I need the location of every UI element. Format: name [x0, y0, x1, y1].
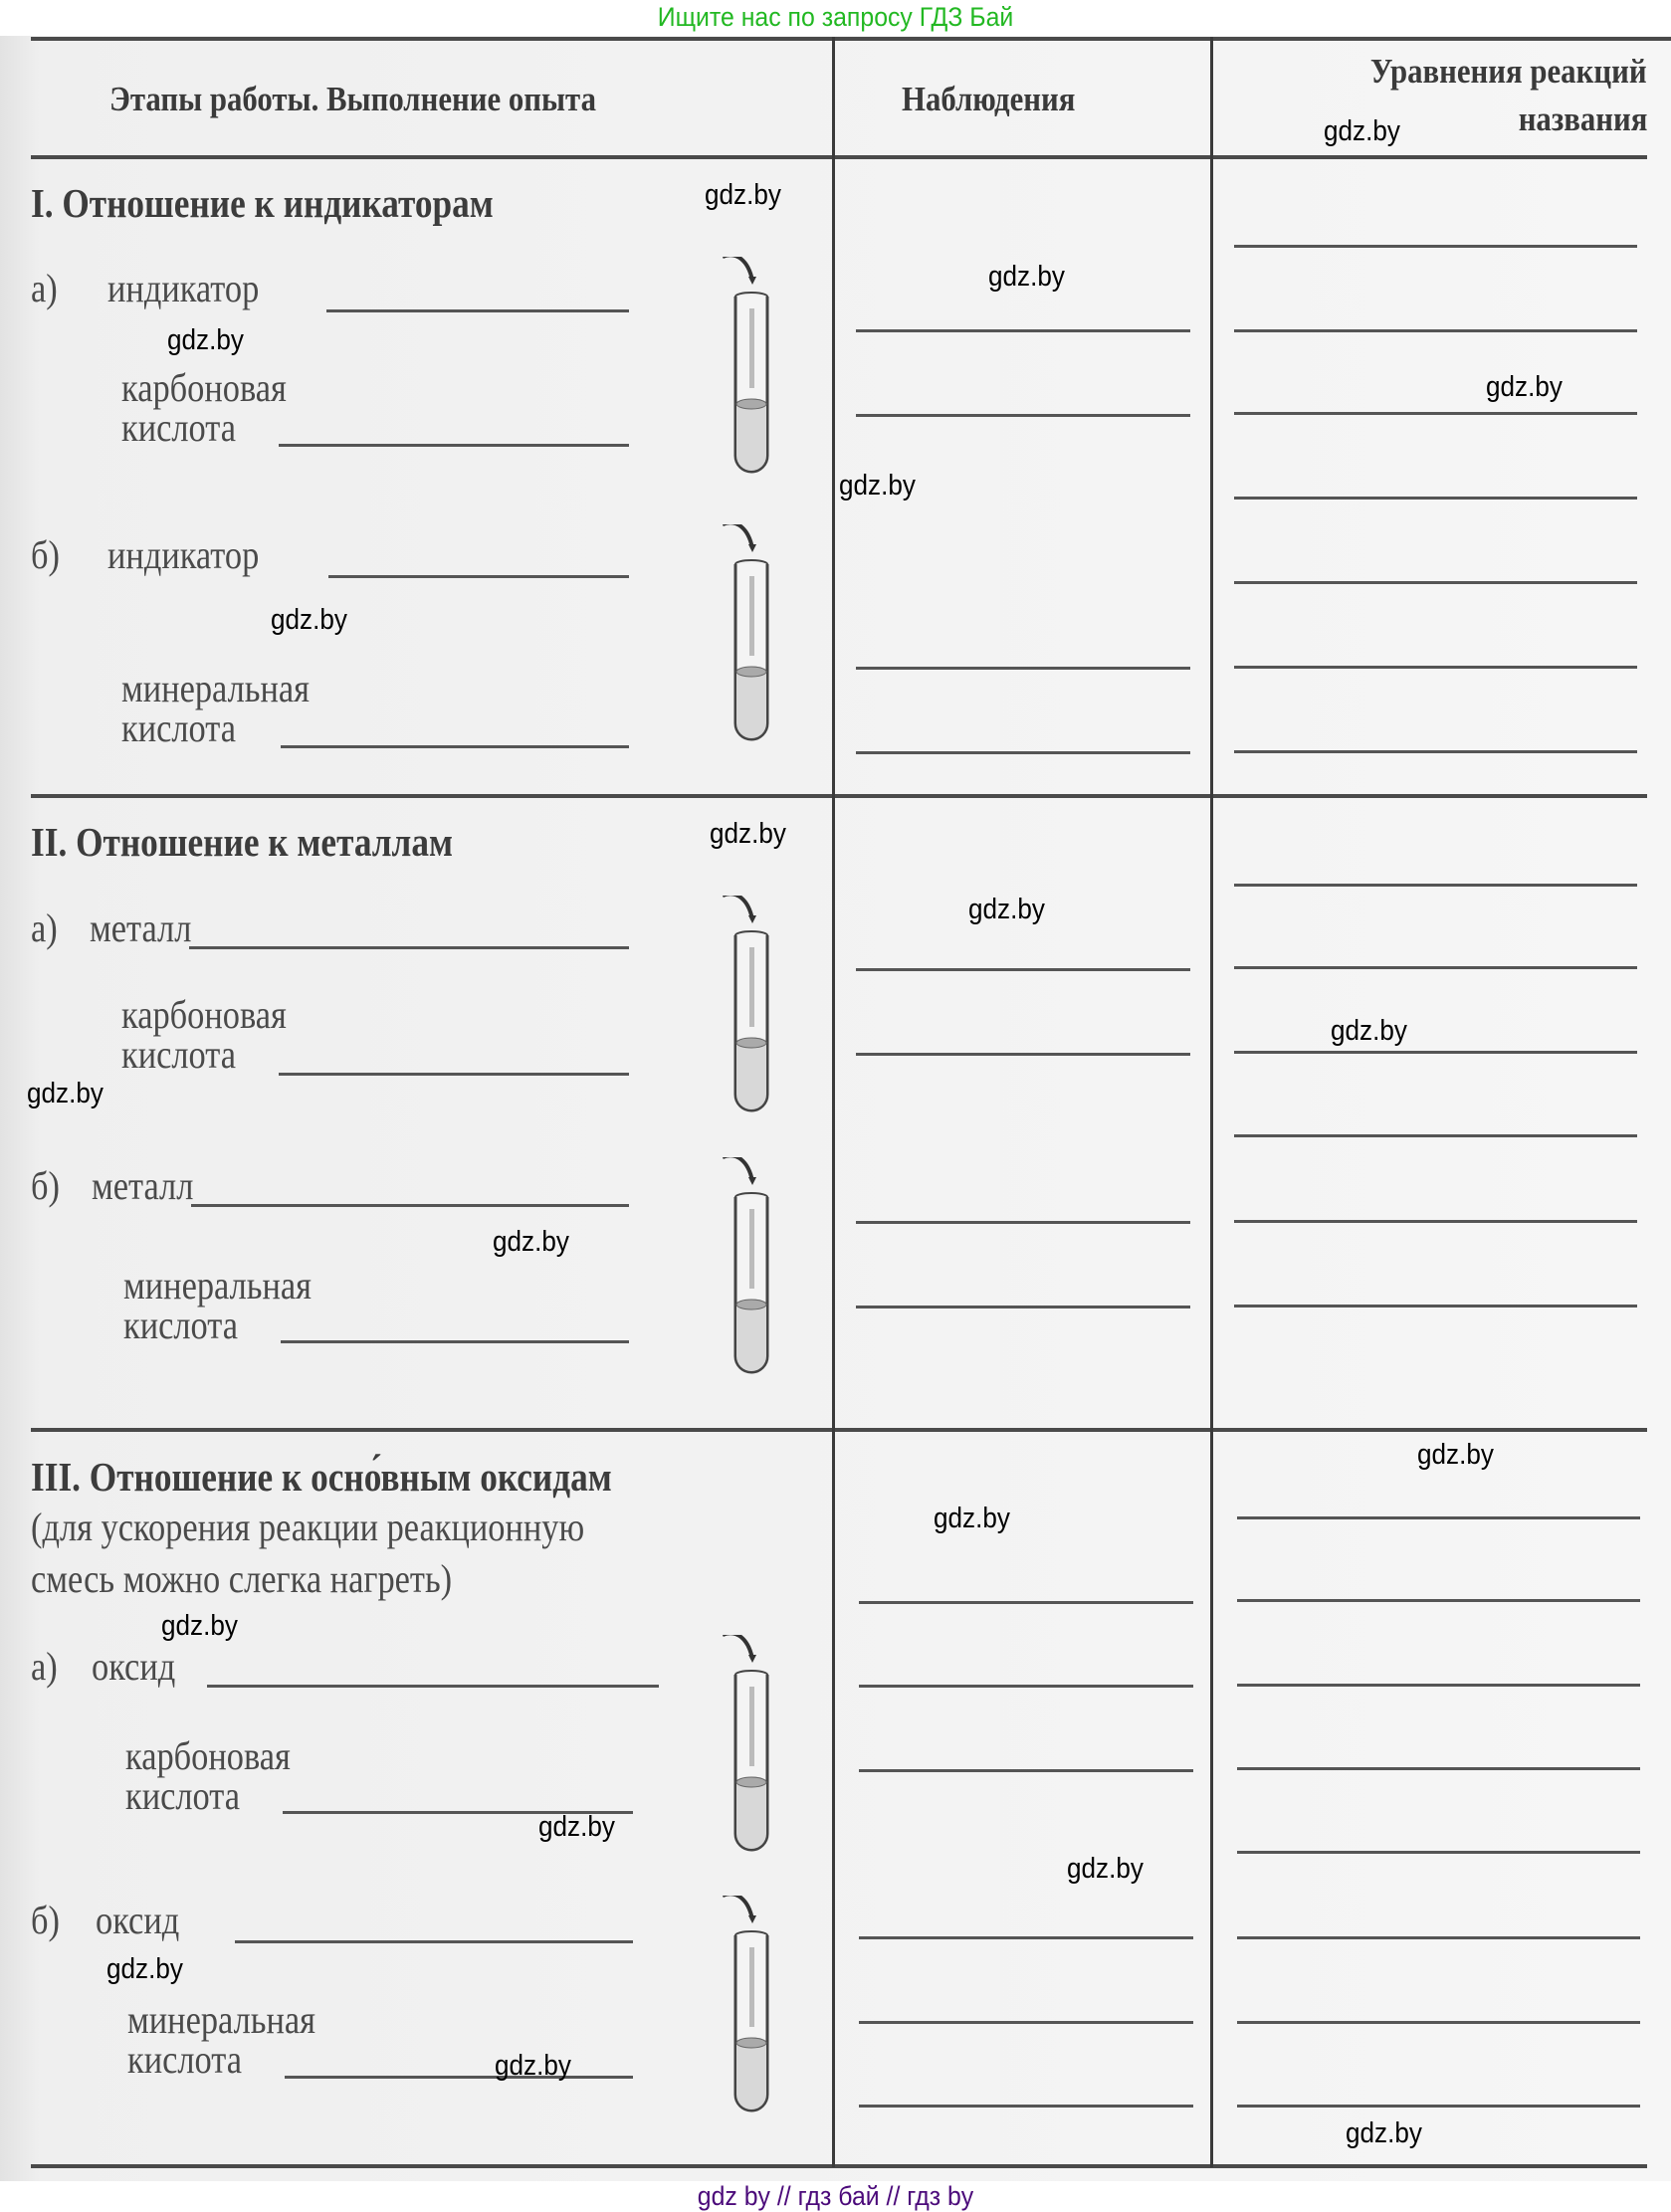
- equation-input[interactable]: [1234, 581, 1637, 584]
- observation-input[interactable]: [856, 1221, 1190, 1224]
- test-tube-icon: [719, 1157, 778, 1376]
- header-bottom-rule: [31, 155, 1647, 159]
- equation-input[interactable]: [1234, 497, 1637, 500]
- s1-b-acid-line1: минеральная: [121, 669, 310, 708]
- watermark: gdz.by: [988, 261, 1065, 294]
- watermark: gdz.by: [1324, 115, 1400, 148]
- header-observations: Наблюдения: [902, 80, 1075, 119]
- watermark: gdz.by: [1486, 371, 1563, 404]
- s1-a-acid-input[interactable]: [279, 444, 629, 447]
- watermark: gdz.by: [1331, 1015, 1407, 1048]
- s1-b-acid-line2: кислота: [121, 708, 236, 748]
- s2-a-acid-line2: кислота: [121, 1035, 236, 1075]
- watermark: gdz.by: [271, 604, 347, 637]
- watermark: gdz.by: [495, 2050, 571, 2083]
- s3-a-acid-line2: кислота: [125, 1776, 240, 1816]
- equation-input[interactable]: [1237, 1851, 1640, 1854]
- observation-input[interactable]: [859, 1601, 1193, 1604]
- s2-a-reagent: металл: [90, 908, 191, 948]
- s2-b-marker: б): [31, 1166, 60, 1206]
- header-equations-line2: названия: [1518, 100, 1647, 139]
- observation-input[interactable]: [856, 968, 1190, 971]
- s2-b-acid-line2: кислота: [123, 1306, 238, 1345]
- test-tube-icon: [719, 1635, 778, 1854]
- header-steps: Этапы работы. Выполнение опыта: [109, 80, 596, 119]
- s1-a-acid-line2: кислота: [121, 408, 236, 448]
- worksheet-page: [0, 36, 1671, 2181]
- test-tube-icon: [719, 524, 778, 743]
- s3-b-reagent-input[interactable]: [235, 1940, 633, 1943]
- equation-input[interactable]: [1237, 2021, 1640, 2024]
- s1-b-marker: б): [31, 535, 60, 575]
- watermark: gdz.by: [968, 894, 1045, 926]
- equation-input[interactable]: [1237, 1599, 1640, 1602]
- section-3-title: III. Отношение к осно́вным оксидам: [31, 1453, 612, 1501]
- s3-note-line1: (для ускорения реакции реакционную: [31, 1503, 584, 1552]
- watermark: gdz.by: [1417, 1439, 1494, 1472]
- equation-input[interactable]: [1237, 1936, 1640, 1939]
- watermark: gdz.by: [1346, 2117, 1422, 2150]
- equation-input[interactable]: [1234, 245, 1637, 248]
- s1-a-reagent: индикатор: [107, 269, 259, 308]
- watermark: gdz.by: [161, 1610, 238, 1643]
- s3-a-reagent: оксид: [92, 1647, 175, 1687]
- section-2-bottom-rule: [31, 1428, 1647, 1432]
- s2-a-reagent-input[interactable]: [189, 946, 629, 949]
- test-tube-icon: [719, 257, 778, 476]
- site-banner[interactable]: Ищите нас по запросу ГДЗ Бай: [67, 0, 1604, 36]
- s1-a-reagent-input[interactable]: [326, 309, 629, 312]
- observation-input[interactable]: [856, 1053, 1190, 1056]
- watermark: gdz.by: [705, 179, 781, 212]
- s1-a-acid-line1: карбоновая: [121, 368, 287, 408]
- s3-a-marker: а): [31, 1647, 58, 1687]
- section-2-title: II. Отношение к металлам: [31, 818, 453, 866]
- equation-input[interactable]: [1234, 1305, 1637, 1307]
- s3-b-acid-line2: кислота: [127, 2040, 242, 2080]
- equation-input[interactable]: [1234, 750, 1637, 753]
- s3-b-marker: б): [31, 1901, 60, 1940]
- equation-input[interactable]: [1237, 1684, 1640, 1687]
- observation-input[interactable]: [856, 667, 1190, 670]
- section-1-title: I. Отношение к индикаторам: [31, 179, 494, 227]
- equation-input[interactable]: [1234, 1220, 1637, 1223]
- s2-b-acid-input[interactable]: [281, 1340, 629, 1343]
- s2-a-marker: а): [31, 908, 58, 948]
- table-top-rule: [31, 37, 1671, 41]
- s3-b-acid-input[interactable]: [285, 2076, 633, 2079]
- watermark: gdz.by: [106, 1953, 183, 1986]
- equation-input[interactable]: [1234, 966, 1637, 969]
- observation-input[interactable]: [859, 2105, 1193, 2108]
- test-tube-icon: [719, 1896, 778, 2114]
- watermark: gdz.by: [167, 324, 244, 357]
- s1-b-reagent: индикатор: [107, 535, 259, 575]
- header-equations-line1: Уравнения реакций: [1370, 52, 1647, 92]
- footer-links[interactable]: gdz by // гдз бай // гдз by: [67, 2181, 1604, 2212]
- s3-note-line2: смесь можно слегка нагреть): [31, 1554, 452, 1604]
- observation-input[interactable]: [856, 751, 1190, 754]
- s3-b-reagent: оксид: [96, 1901, 179, 1940]
- observation-input[interactable]: [859, 1936, 1193, 1939]
- equation-input[interactable]: [1234, 329, 1637, 332]
- s1-b-reagent-input[interactable]: [328, 575, 629, 578]
- observation-input[interactable]: [856, 1306, 1190, 1308]
- s2-b-reagent-input[interactable]: [191, 1204, 629, 1207]
- watermark: gdz.by: [839, 470, 916, 503]
- observation-input[interactable]: [856, 414, 1190, 417]
- equation-input[interactable]: [1234, 1134, 1637, 1137]
- s3-a-reagent-input[interactable]: [207, 1685, 659, 1688]
- watermark: gdz.by: [934, 1503, 1010, 1535]
- s2-b-reagent: металл: [92, 1166, 193, 1206]
- s2-a-acid-input[interactable]: [279, 1073, 629, 1076]
- s1-b-acid-input[interactable]: [281, 745, 629, 748]
- watermark: gdz.by: [538, 1811, 615, 1844]
- watermark: gdz.by: [710, 818, 786, 851]
- watermark: gdz.by: [27, 1078, 104, 1110]
- equation-input[interactable]: [1237, 1516, 1640, 1519]
- observation-input[interactable]: [856, 329, 1190, 332]
- test-tube-icon: [719, 896, 778, 1114]
- equation-input[interactable]: [1234, 412, 1637, 415]
- equation-input[interactable]: [1234, 1051, 1637, 1054]
- watermark: gdz.by: [493, 1226, 569, 1259]
- watermark: gdz.by: [1067, 1853, 1144, 1886]
- section-3-bottom-rule: [31, 2164, 1647, 2168]
- s3-b-acid-line1: минеральная: [127, 2000, 315, 2040]
- observation-input[interactable]: [859, 2021, 1193, 2024]
- section-1-bottom-rule: [31, 794, 1647, 798]
- observation-input[interactable]: [859, 1685, 1193, 1688]
- s1-a-marker: а): [31, 269, 58, 308]
- equation-input[interactable]: [1234, 884, 1637, 887]
- equation-input[interactable]: [1237, 2105, 1640, 2108]
- s2-a-acid-line1: карбоновая: [121, 995, 287, 1035]
- column-divider-1: [832, 37, 835, 2167]
- equation-input[interactable]: [1237, 1767, 1640, 1770]
- column-divider-2: [1210, 37, 1213, 2167]
- observation-input[interactable]: [859, 1769, 1193, 1772]
- equation-input[interactable]: [1234, 666, 1637, 669]
- s2-b-acid-line1: минеральная: [123, 1266, 312, 1306]
- s3-a-acid-line1: карбоновая: [125, 1736, 291, 1776]
